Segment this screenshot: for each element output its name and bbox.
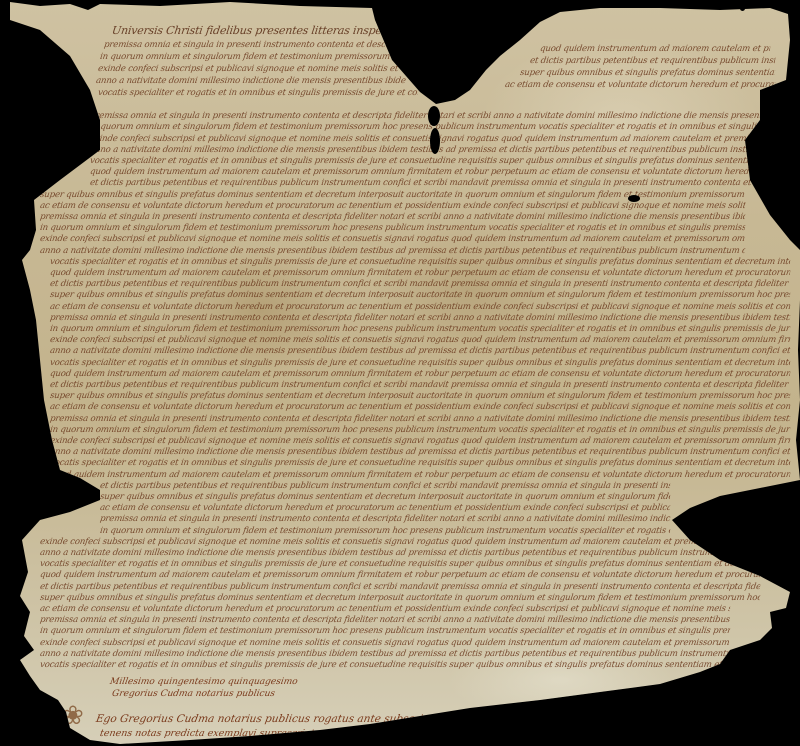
text-line: super quibus omnibus et singulis prefatu… (49, 391, 790, 401)
text-line: vocatis specialiter et rogatis et in omn… (39, 559, 760, 569)
text-line: anno a nativitate domini millesimo indic… (95, 76, 406, 86)
text-line: anno a nativitate domini millesimo indic… (89, 145, 760, 155)
text-line: premissa omnia et singula in presenti in… (39, 615, 730, 625)
text-line: ac etiam de consensu et voluntate dictor… (49, 302, 790, 312)
parchment-hole (430, 128, 440, 154)
text-line: et dictis partibus petentibus et require… (49, 279, 790, 289)
text-line: exinde confeci subscripsi et publicavi s… (39, 537, 760, 547)
text-line: vocatis specialiter et rogatis et in omn… (97, 88, 418, 98)
text-line: in quorum omnium et singulorum fidem et … (49, 324, 790, 334)
text-line: in quorum omnium et singulorum fidem et … (89, 122, 760, 132)
text-line: anno a nativitate domini millesimo indic… (39, 649, 730, 659)
text-line: super quibus omnibus et singulis prefatu… (519, 68, 775, 78)
text-line: premissa omnia et singula in presenti in… (103, 40, 394, 50)
text-line: super quibus omnibus et singulis prefatu… (99, 492, 670, 502)
text-line: vocatis specialiter et rogatis et in omn… (49, 358, 790, 368)
text-line: exinde confeci subscripsi et publicavi s… (49, 436, 790, 446)
text-line: et dictis partibus petentibus et require… (99, 481, 670, 491)
text-line: et dictis partibus petentibus et require… (89, 178, 760, 188)
text-line: ac etiam de consensu et voluntate dictor… (99, 503, 670, 513)
text-line: ac etiam de consensu et voluntate dictor… (49, 402, 790, 412)
subscription-line-2: Gregorius Cudma notarius publicus (111, 689, 276, 699)
text-line: anno a nativitate domini millesimo indic… (39, 246, 745, 256)
text-line: premissa omnia et singula in presenti in… (89, 111, 760, 121)
text-line: ac etiam de consensu et voluntate dictor… (39, 604, 730, 614)
subscription-line-4: tenens notas predicta exemplavi suprascr… (99, 728, 533, 739)
notarial-sign-icon: ❀ (62, 694, 96, 738)
text-line: in quorum omnium et singulorum fidem et … (99, 526, 670, 536)
text-line: quod quidem instrumentum ad maiorem caut… (39, 570, 760, 580)
text-line: exinde confeci subscripsi et publicavi s… (49, 335, 790, 345)
text-line: anno a nativitate domini millesimo indic… (49, 447, 790, 457)
text-line: anno a nativitate domini millesimo indic… (39, 548, 760, 558)
text-line: vocatis specialiter et rogatis et in omn… (49, 458, 790, 468)
text-line: premissa omnia et singula in presenti in… (49, 414, 790, 424)
parchment-sheet: Universis Christi fidelibus presentes li… (0, 0, 800, 746)
text-line: exinde confeci subscripsi et publicavi s… (39, 638, 730, 648)
subscription-line-3: Ego Gregorius Cudma notarius publicus ro… (95, 713, 697, 725)
parchment-hole (628, 195, 640, 202)
text-line: ac etiam de consensu et voluntate dictor… (39, 201, 745, 211)
text-line: ac etiam de consensu et voluntate dictor… (504, 80, 775, 90)
text-line: exinde confeci subscripsi et publicavi s… (89, 134, 760, 144)
photo-background: Universis Christi fidelibus presentes li… (0, 0, 800, 746)
text-line: super quibus omnibus et singulis prefatu… (39, 593, 760, 603)
text-line: premissa omnia et singula in presenti in… (99, 514, 670, 524)
text-line: quod quidem instrumentum ad maiorem caut… (49, 369, 790, 379)
subscription-line-1: Millesimo quingentesimo quinquagesimo (109, 677, 298, 687)
text-line: vocatis specialiter et rogatis et in omn… (39, 660, 730, 670)
text-line: anno a nativitate domini millesimo indic… (49, 346, 790, 356)
text-line: in quorum omnium et singulorum fidem et … (99, 52, 400, 62)
text-line: et dictis partibus petentibus et require… (529, 56, 775, 66)
parchment-hole (428, 106, 440, 126)
document-heading: Universis Christi fidelibus presentes li… (111, 24, 414, 37)
text-line: et dictis partibus petentibus et require… (49, 380, 790, 390)
text-line: super quibus omnibus et singulis prefatu… (49, 290, 790, 300)
text-line: in quorum omnium et singulorum fidem et … (39, 223, 745, 233)
text-line: in quorum omnium et singulorum fidem et … (39, 626, 730, 636)
text-line: premissa omnia et singula in presenti in… (49, 313, 790, 323)
text-line: vocatis specialiter et rogatis et in omn… (49, 257, 790, 267)
text-line: quod quidem instrumentum ad maiorem caut… (49, 268, 790, 278)
text-line: premissa omnia et singula in presenti in… (39, 212, 745, 222)
text-line: quod quidem instrumentum ad maiorem caut… (49, 470, 790, 480)
text-line: exinde confeci subscripsi et publicavi s… (97, 64, 398, 74)
text-line: in quorum omnium et singulorum fidem et … (49, 425, 790, 435)
text-line: vocatis specialiter et rogatis et in omn… (89, 156, 760, 166)
text-line: quod quidem instrumentum ad maiorem caut… (89, 167, 760, 177)
text-line: exinde confeci subscripsi et publicavi s… (39, 234, 745, 244)
text-line: quod quidem instrumentum ad maiorem caut… (539, 44, 770, 54)
text-line: et dictis partibus petentibus et require… (39, 582, 760, 592)
parchment-hole (740, 6, 745, 11)
